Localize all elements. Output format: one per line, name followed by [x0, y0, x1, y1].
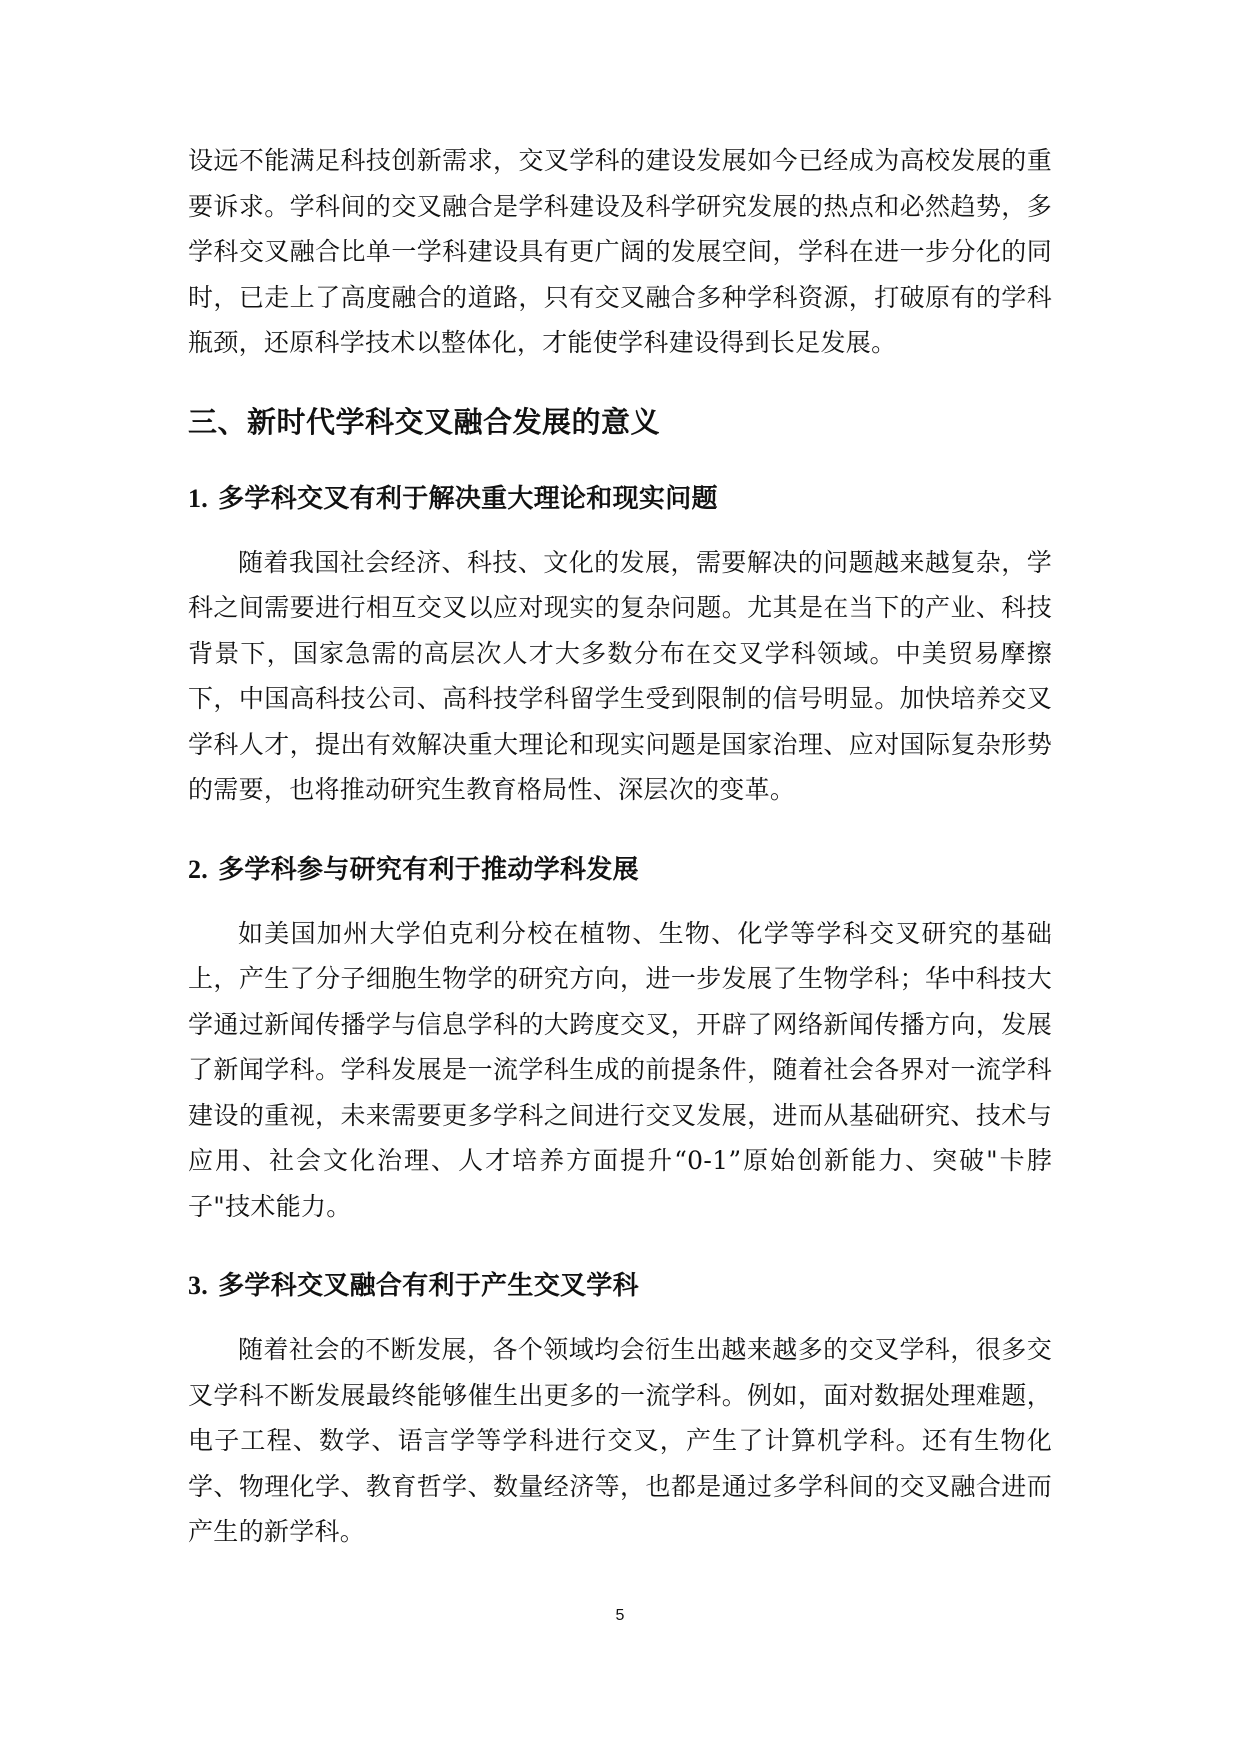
section-heading: 三、新时代学科交叉融合发展的意义 — [188, 402, 1052, 442]
subsection-paragraph: 随着我国社会经济、科技、文化的发展，需要解决的问题越来越复杂，学科之间需要进行相… — [188, 540, 1052, 813]
subsection-number: 2. — [188, 855, 208, 884]
subsection-title: 多学科交叉有利于解决重大理论和现实问题 — [218, 484, 718, 514]
subsection-2: 2.多学科参与研究有利于推动学科发展 如美国加州大学伯克利分校在植物、生物、化学… — [188, 851, 1052, 1230]
subsection-heading: 1.多学科交叉有利于解决重大理论和现实问题 — [188, 480, 1052, 518]
subsection-title: 多学科参与研究有利于推动学科发展 — [218, 855, 639, 885]
subsection-title: 多学科交叉融合有利于产生交叉学科 — [218, 1271, 639, 1301]
page-number: 5 — [0, 1607, 1240, 1625]
subsection-paragraph: 随着社会的不断发展，各个领域均会衍生出越来越多的交叉学科，很多交叉学科不断发展最… — [188, 1327, 1052, 1555]
subsection-3: 3.多学科交叉融合有利于产生交叉学科 随着社会的不断发展，各个领域均会衍生出越来… — [188, 1267, 1052, 1555]
subsection-paragraph: 如美国加州大学伯克利分校在植物、生物、化学等学科交叉研究的基础上，产生了分子细胞… — [188, 911, 1052, 1230]
subsection-heading: 2.多学科参与研究有利于推动学科发展 — [188, 851, 1052, 889]
intro-paragraph: 设远不能满足科技创新需求，交叉学科的建设发展如今已经成为高校发展的重要诉求。学科… — [188, 138, 1052, 366]
subsection-heading: 3.多学科交叉融合有利于产生交叉学科 — [188, 1267, 1052, 1305]
subsection-number: 1. — [188, 484, 208, 513]
document-page: 设远不能满足科技创新需求，交叉学科的建设发展如今已经成为高校发展的重要诉求。学科… — [188, 138, 1052, 1555]
subsection-number: 3. — [188, 1271, 208, 1300]
subsection-1: 1.多学科交叉有利于解决重大理论和现实问题 随着我国社会经济、科技、文化的发展，… — [188, 480, 1052, 813]
